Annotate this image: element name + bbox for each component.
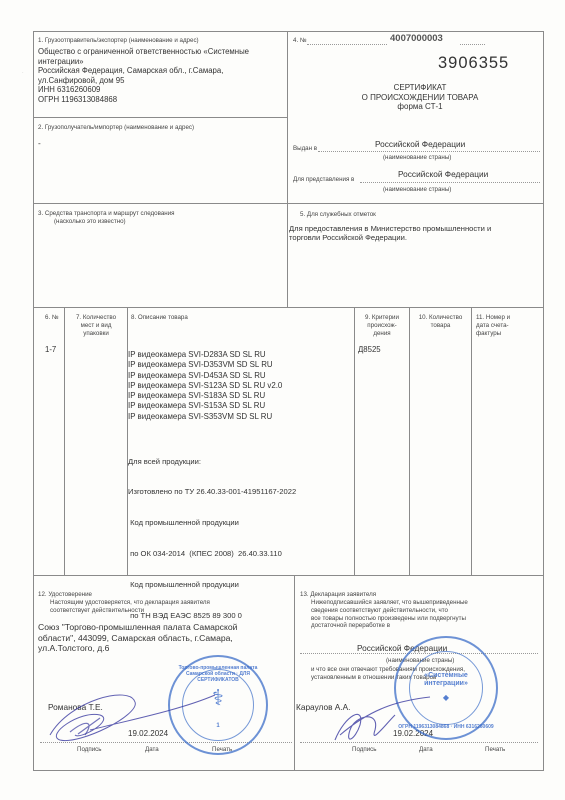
- goods-item: IP видеокамера SVI-D453A SD SL RU: [128, 371, 353, 381]
- goods-item: IP видеокамера SVI-S183A SD SL RU: [128, 391, 353, 401]
- exporter-line: Общество с ограниченной ответственностью…: [38, 47, 286, 57]
- chamber-line: ул.А.Толстого, д.6: [38, 643, 294, 654]
- col9-header: 9. Критерии происхож- дения: [356, 314, 408, 337]
- goods-item: IP видеокамера SVI-D283A SD SL RU: [128, 350, 353, 360]
- box3-sublabel: (насколько это известно): [54, 218, 126, 226]
- col7-header-line: 7. Количество: [66, 314, 126, 322]
- chamber-details: Союз "Торгово-промышленная палата Самарс…: [38, 622, 294, 654]
- col11-header-line: фактуры: [476, 330, 538, 338]
- number-dotline-end: [460, 44, 485, 45]
- exporter-line: ОГРН 1196313084868: [38, 95, 286, 105]
- frame-left: [33, 31, 34, 770]
- chamber-line: области", 443099, Самарская область, г.С…: [38, 633, 294, 644]
- goods-note: Изготовлено по ТУ 26.40.33-001-41951167-…: [128, 487, 353, 497]
- goods-items-list: IP видеокамера SVI-D283A SD SL RU IP вид…: [128, 350, 353, 422]
- title-line: форма СТ-1: [340, 102, 500, 112]
- row-number: 1-7: [45, 345, 56, 355]
- box12-text-line: Настоящим удостоверяется, что декларация…: [50, 599, 210, 607]
- col6-header: 6. №: [45, 314, 59, 322]
- row-criteria: Д8525: [358, 345, 381, 355]
- company-stamp-line: интеграции»: [416, 680, 476, 688]
- col9-header-line: дения: [356, 330, 408, 338]
- exporter-line: Российская Федерация, Самарская обл., г.…: [38, 66, 286, 76]
- box13-text-line: Нижеподписавшийся заявляет, что вышеприв…: [311, 599, 468, 607]
- frame-bottom: [33, 770, 544, 771]
- box2-label: 2. Грузополучатель/импортер (наименовани…: [38, 124, 194, 132]
- frame-top: [33, 31, 543, 32]
- document-title: СЕРТИФИКАТ О ПРОИСХОЖДЕНИИ ТОВАРА форма …: [340, 83, 500, 112]
- goods-note: Код промышленной продукции: [128, 518, 353, 528]
- exporter-line: интеграции»: [38, 57, 286, 67]
- box13-text-line: достаточной переработке в: [311, 622, 468, 630]
- divider-box1-box2: [33, 117, 287, 118]
- number-dotline: [307, 44, 387, 45]
- box12-label: 12. Удостоверение: [38, 591, 92, 599]
- presented-in-dotline: [360, 182, 540, 183]
- title-line: СЕРТИФИКАТ: [340, 83, 500, 93]
- col11-header: 11. Номер и дата счета- фактуры: [476, 314, 538, 337]
- divider-top-vertical: [287, 31, 288, 307]
- divider-goods-top: [33, 307, 543, 308]
- col11-header-line: дата счета-: [476, 322, 538, 330]
- exporter-details: Общество с ограниченной ответственностью…: [38, 47, 286, 104]
- goods-item: IP видеокамера SVI-S153A SD SL RU: [128, 401, 353, 411]
- serial-number: 3906355: [438, 54, 509, 73]
- box13-label: 13. Декларация заявителя: [300, 591, 376, 599]
- col7-header-line: упаковки: [66, 330, 126, 338]
- issued-in-label: Выдан в: [293, 145, 317, 153]
- col9-header-line: происхож-: [356, 322, 408, 330]
- issued-in-caption: (наименование страны): [383, 154, 451, 162]
- official-note-line: торговли Российской Федерации.: [289, 233, 541, 242]
- chamber-line: Союз "Торгово-промышленная палата Самарс…: [38, 622, 294, 633]
- issued-in-value: Российской Федерации: [375, 139, 465, 149]
- margin-mark: ·: [22, 70, 24, 76]
- goods-item: IP видеокамера SVI-S123A SD SL RU v2.0: [128, 381, 353, 391]
- presented-in-caption: (наименование страны): [383, 186, 451, 194]
- col-divider-10-11: [471, 307, 472, 575]
- goods-note: Код промышленной продукции: [128, 580, 353, 590]
- signature-romanova: [40, 690, 240, 750]
- chamber-stamp-text: Торгово-промышленная палата Самарской об…: [170, 665, 266, 683]
- issued-in-dotline: [318, 151, 540, 152]
- goods-item: IP видеокамера SVI-S353VM SD SL RU: [128, 412, 353, 422]
- box1-label: 1. Грузоотправитель/экспортер (наименова…: [38, 37, 199, 45]
- goods-item: IP видеокамера SVI-D353VM SD SL RU: [128, 360, 353, 370]
- company-stamp-center: «Системные интеграции»: [416, 672, 476, 688]
- box12-text-line: соответствует действительности: [50, 607, 210, 615]
- importer-value: -: [38, 138, 41, 148]
- box12-text: Настоящим удостоверяется, что декларация…: [50, 599, 210, 615]
- signature-karaulov: [325, 695, 435, 750]
- col-divider-8-9: [354, 307, 355, 575]
- goods-note: по ОК 034-2014 (КПЕС 2008) 26.40.33.110: [128, 549, 353, 559]
- col-divider-9-10: [409, 307, 410, 575]
- box13-text-line: все товары полностью произведены или под…: [311, 615, 468, 623]
- box3-label: 3. Средства транспорта и маршрут следова…: [38, 210, 175, 218]
- box13-caption-seal: Печать: [485, 746, 505, 754]
- col-divider-6-7: [64, 307, 65, 575]
- goods-note: Для всей продукции:: [128, 457, 353, 467]
- box13-text: Нижеподписавшийся заявляет, что вышеприв…: [311, 599, 468, 630]
- title-line: О ПРОИСХОЖДЕНИИ ТОВАРА: [340, 93, 500, 103]
- box4-label: 4. №: [293, 37, 307, 45]
- company-logo-icon: ◆: [440, 693, 452, 702]
- presented-in-value: Российской Федерации: [398, 169, 488, 179]
- col10-header: 10. Количество товара: [411, 314, 470, 330]
- divider-box2-box3: [33, 203, 543, 204]
- box5-label: 5. Для служебных отметок: [300, 211, 376, 219]
- frame-right: [543, 31, 544, 770]
- exporter-line: ИНН 6316260609: [38, 85, 286, 95]
- box13-text-line: сведения соответствуют действительности,…: [311, 607, 468, 615]
- company-stamp-line: «Системные: [416, 672, 476, 680]
- col7-header-line: мест и вид: [66, 322, 126, 330]
- col11-header-line: 11. Номер и: [476, 314, 538, 322]
- certificate-number: 4007000003: [390, 33, 443, 44]
- exporter-line: ул.Санфировой, дом 95: [38, 76, 286, 86]
- col7-header: 7. Количество мест и вид упаковки: [66, 314, 126, 337]
- col8-header: 8. Описание товара: [131, 314, 188, 322]
- col9-header-line: 9. Критерии: [356, 314, 408, 322]
- presented-in-label: Для представления в: [293, 176, 354, 184]
- official-note-line: Для предоставления в Министерство промыш…: [289, 224, 541, 233]
- official-notes: Для предоставления в Министерство промыш…: [289, 224, 541, 243]
- col10-header-line: товара: [411, 322, 470, 330]
- col10-header-line: 10. Количество: [411, 314, 470, 322]
